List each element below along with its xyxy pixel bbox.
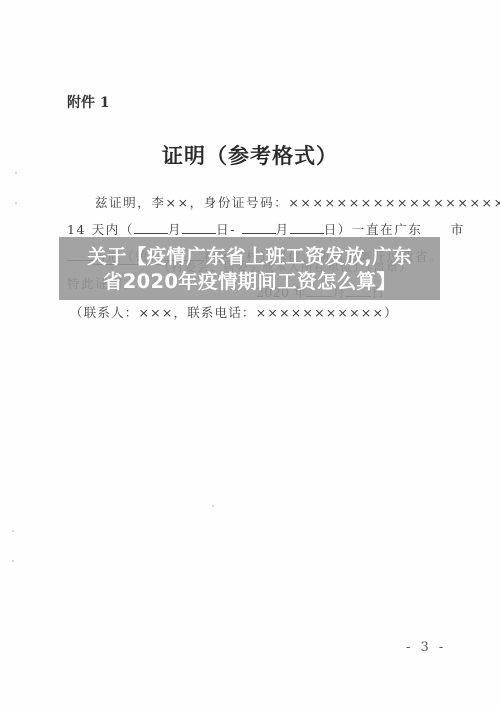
line2-suffix: 日）一直在广东 市 <box>324 222 465 237</box>
day-blank <box>182 221 216 234</box>
attachment-label: 附件 1 <box>67 92 110 112</box>
document-page: 附件 1 证明（参考格式） 兹证明，李××，身份证号码：××××××××××××… <box>0 0 500 706</box>
scan-speck <box>12 530 14 532</box>
banner-line-2: 省2020年疫情期间工资怎么算】 <box>103 269 396 294</box>
scan-speck <box>15 202 17 204</box>
page-number: - 3 - <box>406 640 446 655</box>
month2-blank <box>242 221 276 234</box>
line2-day-dash: 日- <box>216 222 242 237</box>
line2-month2: 月 <box>276 222 290 237</box>
scan-speck <box>12 560 14 562</box>
scan-speck <box>212 505 214 507</box>
banner-line-1: 关于【疫情广东省上班工资发放,广东 <box>87 244 412 269</box>
headline-banner: 关于【疫情广东省上班工资发放,广东 省2020年疫情期间工资怎么算】 <box>59 237 440 300</box>
contact-line: （联系人：×××，联系电话：×××××××××××） <box>70 303 398 321</box>
month-blank <box>134 221 168 234</box>
body-line-2: 14 天内（月日- 月日）一直在广东 市 <box>67 220 465 238</box>
day2-blank <box>290 221 324 234</box>
document-title: 证明（参考格式） <box>0 140 500 170</box>
scan-speck <box>15 172 17 174</box>
line2-prefix: 14 天内（ <box>67 222 134 237</box>
line2-month: 月 <box>168 222 182 237</box>
body-line-1: 兹证明，李××，身份证号码：××××××××××××××××××，近 <box>95 193 500 211</box>
